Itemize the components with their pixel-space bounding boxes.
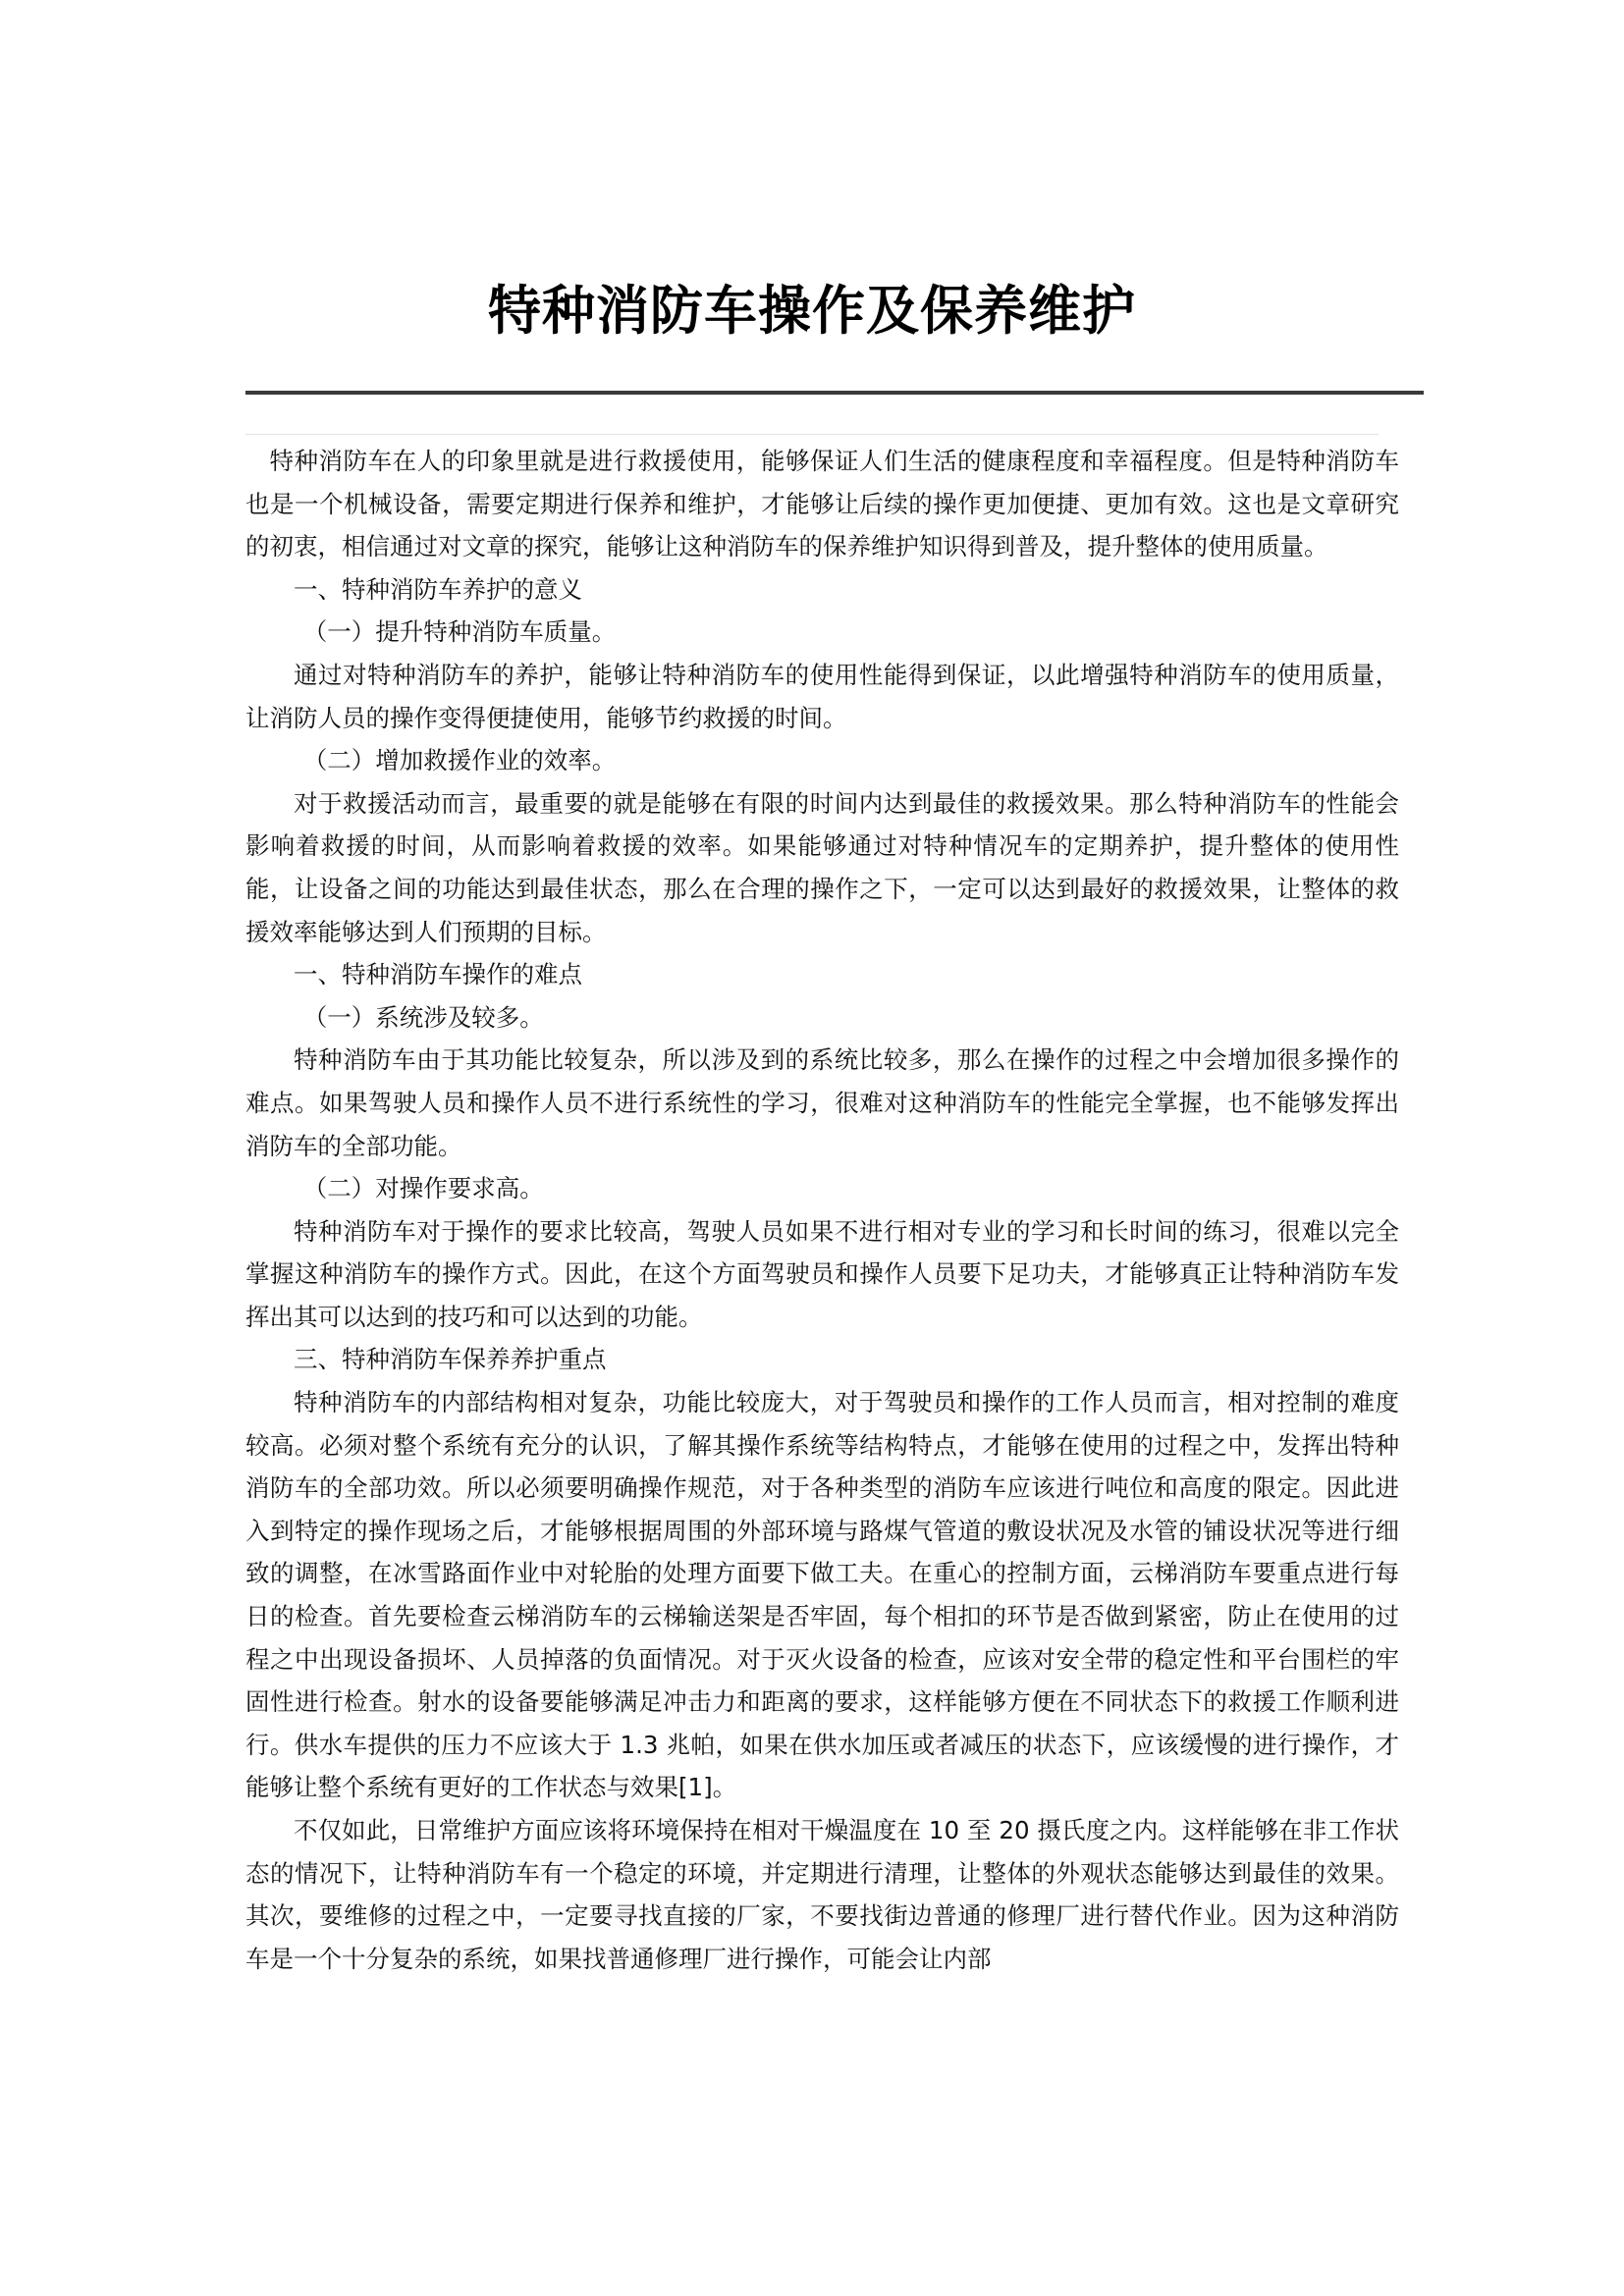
- body-paragraph: 特种消防车由于其功能比较复杂，所以涉及到的系统比较多，那么在操作的过程之中会增加…: [245, 1039, 1399, 1167]
- body-paragraph: 特种消防车对于操作的要求比较高，驾驶人员如果不进行相对专业的学习和长时间的练习，…: [245, 1210, 1399, 1339]
- document-body: 特种消防车在人的印象里就是进行救援使用，能够保证人们生活的健康程度和幸福程度。但…: [245, 440, 1399, 1980]
- document-page: 特种消防车操作及保养维护 特种消防车在人的印象里就是进行救援使用，能够保证人们生…: [0, 0, 1624, 2296]
- section-heading: 一、特种消防车操作的难点: [245, 953, 1399, 996]
- subsection-heading: （二）对操作要求高。: [245, 1167, 1399, 1210]
- body-paragraph: 通过对特种消防车的养护，能够让特种消防车的使用性能得到保证，以此增强特种消防车的…: [245, 654, 1399, 739]
- body-paragraph: 不仅如此，日常维护方面应该将环境保持在相对干燥温度在 10 至 20 摄氏度之内…: [245, 1809, 1399, 1980]
- section-heading: 一、特种消防车养护的意义: [245, 568, 1399, 612]
- section-heading: 三、特种消防车保养养护重点: [245, 1338, 1399, 1381]
- subsection-heading: （一）提升特种消防车质量。: [245, 611, 1399, 654]
- intro-paragraph: 特种消防车在人的印象里就是进行救援使用，能够保证人们生活的健康程度和幸福程度。但…: [245, 440, 1399, 568]
- body-paragraph: 特种消防车的内部结构相对复杂，功能比较庞大，对于驾驶员和操作的工作人员而言，相对…: [245, 1381, 1399, 1809]
- document-title: 特种消防车操作及保养维护: [0, 277, 1624, 346]
- subsection-heading: （一）系统涉及较多。: [245, 996, 1399, 1040]
- title-divider: [245, 391, 1424, 395]
- body-paragraph: 对于救援活动而言，最重要的就是能够在有限的时间内达到最佳的救援效果。那么特种消防…: [245, 782, 1399, 953]
- header-hairline: [245, 434, 1379, 435]
- subsection-heading: （二）增加救援作业的效率。: [245, 739, 1399, 782]
